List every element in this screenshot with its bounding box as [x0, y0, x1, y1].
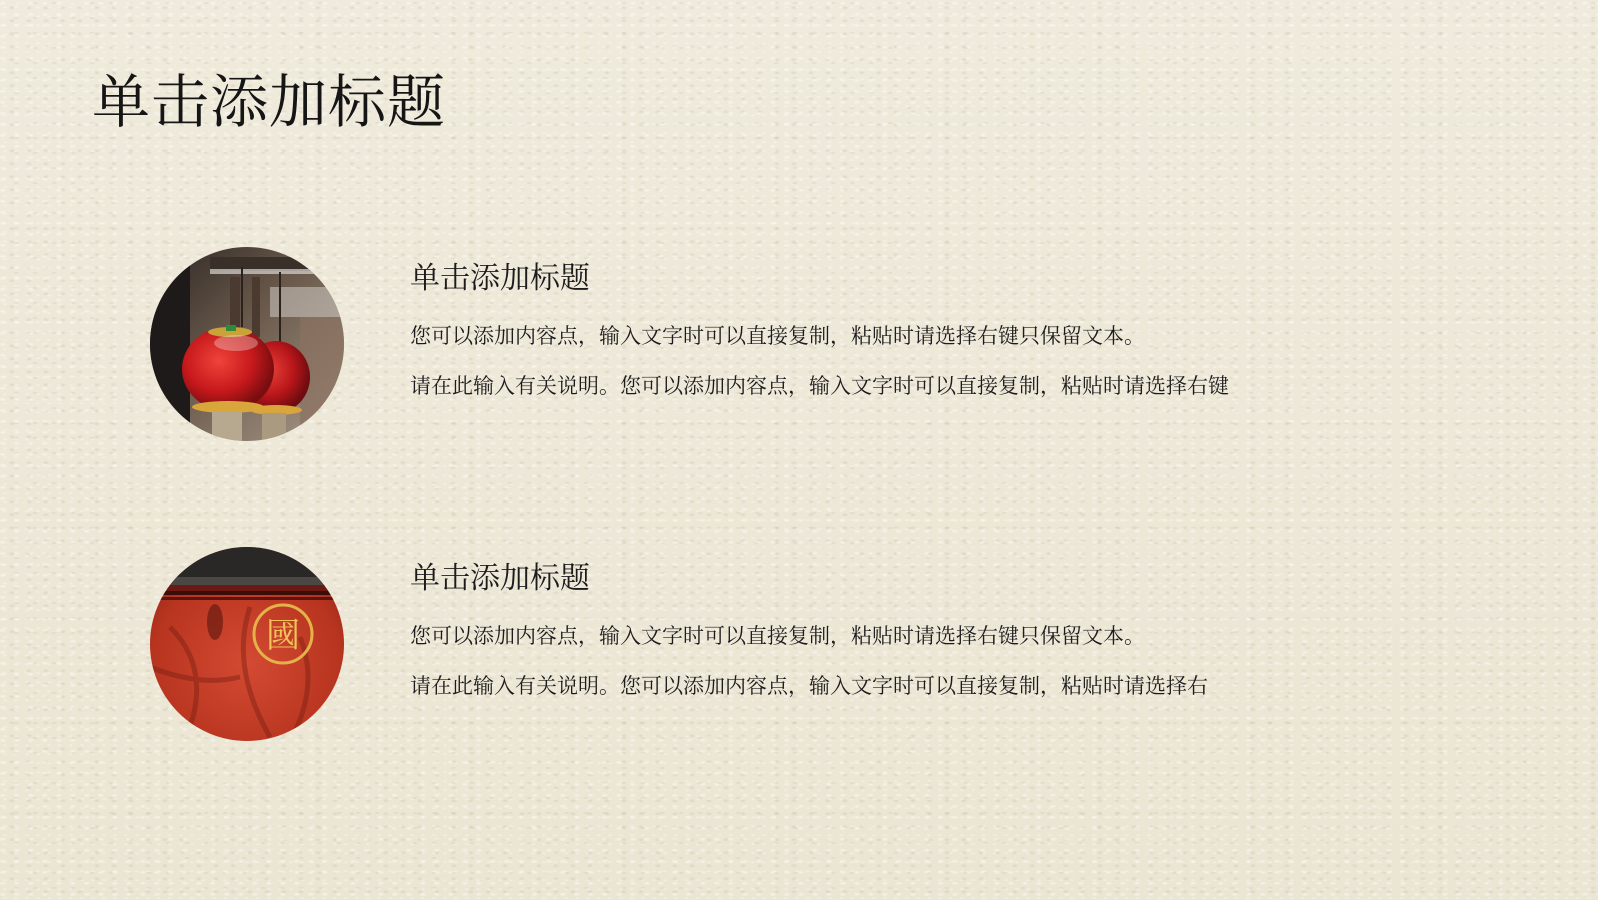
item-title: 单击添加标题 — [410, 259, 590, 299]
item-description-line-1: 您可以添加内容点，输入文字时可以直接复制，粘贴时请选择右键只保留文本。 — [410, 621, 1145, 651]
content-item: 单击添加标题 您可以添加内容点，输入文字时可以直接复制，粘贴时请选择右键只保留文… — [150, 247, 1450, 447]
lantern-image-icon — [150, 247, 344, 441]
item-description-line-2: 请在此输入有关说明。您可以添加内容点，输入文字时可以直接复制，粘贴时请选择右 — [410, 671, 1208, 701]
svg-text:國: 國 — [266, 616, 300, 656]
content-item: 國 单击添加标题 您可以添加内容点，输入文字时可以直接复制，粘贴时请选择右键只保… — [150, 547, 1450, 747]
item-description-line-1: 您可以添加内容点，输入文字时可以直接复制，粘贴时请选择右键只保留文本。 — [410, 321, 1145, 351]
palace-wall-photo: 國 — [150, 547, 344, 741]
item-title: 单击添加标题 — [410, 559, 590, 599]
lantern-photo — [150, 247, 344, 441]
item-description-line-2: 请在此输入有关说明。您可以添加内容点，输入文字时可以直接复制，粘贴时请选择右键 — [410, 371, 1229, 401]
palace-wall-image-icon: 國 — [150, 547, 344, 741]
slide-title: 单击添加标题 — [92, 66, 446, 138]
